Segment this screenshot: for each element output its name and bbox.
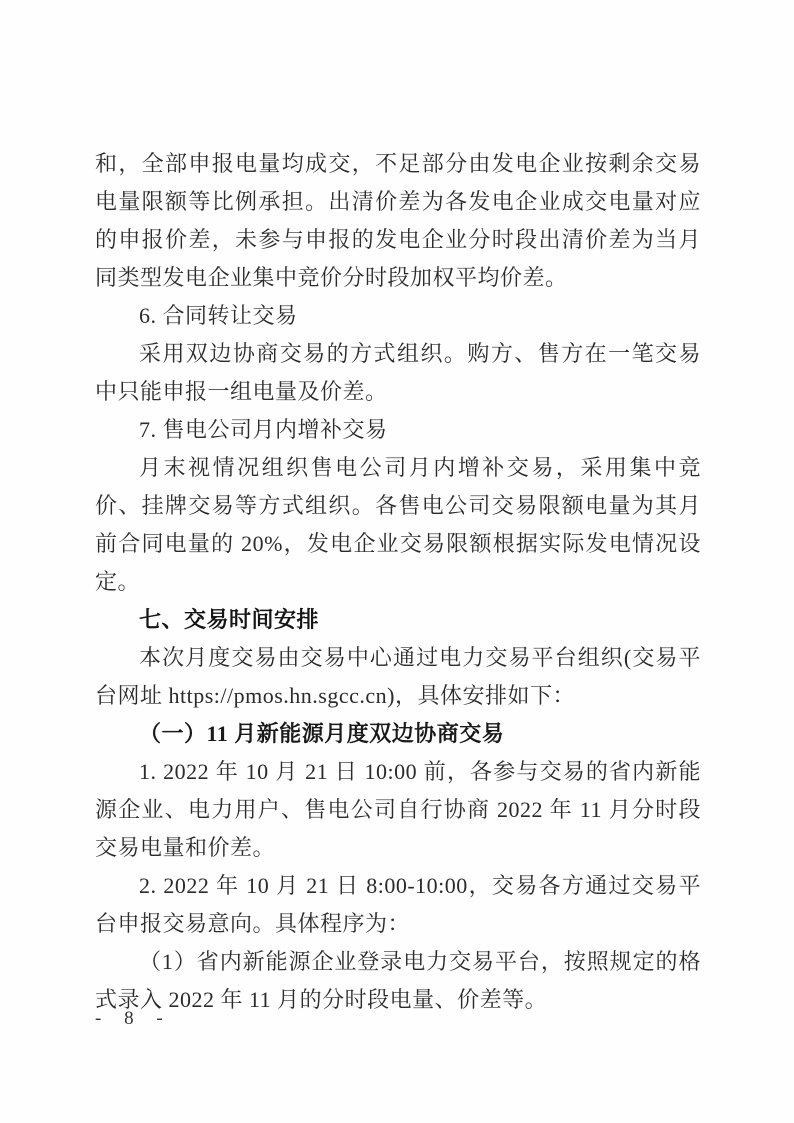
paragraph: 1. 2022 年 10 月 21 日 10:00 前，各参与交易的省内新能源企… [95,753,701,867]
paragraph: 七、交易时间安排 [95,601,701,639]
paragraph: 采用双边协商交易的方式组织。购方、售方在一笔交易中只能申报一组电量及价差。 [95,335,701,411]
paragraph: 月末视情况组织售电公司月内增补交易，采用集中竞价、挂牌交易等方式组织。各售电公司… [95,449,701,601]
paragraph: 6. 合同转让交易 [95,297,701,335]
paragraph: 7. 售电公司月内增补交易 [95,411,701,449]
paragraph: 2. 2022 年 10 月 21 日 8:00-10:00，交易各方通过交易平… [95,867,701,943]
paragraph: 本次月度交易由交易中心通过电力交易平台组织(交易平台网址 https://pmo… [95,639,701,715]
paragraph: （1）省内新能源企业登录电力交易平台，按照规定的格式录入 2022 年 11 月… [95,943,701,1019]
page-number: - 8 - [95,1008,172,1030]
document-page: 和，全部申报电量均成交，不足部分由发电企业按剩余交易电量限额等比例承担。出清价差… [0,0,794,1123]
paragraph: （一）11 月新能源月度双边协商交易 [95,715,701,753]
paragraph: 和，全部申报电量均成交，不足部分由发电企业按剩余交易电量限额等比例承担。出清价差… [95,145,701,297]
document-body: 和，全部申报电量均成交，不足部分由发电企业按剩余交易电量限额等比例承担。出清价差… [95,145,701,1019]
